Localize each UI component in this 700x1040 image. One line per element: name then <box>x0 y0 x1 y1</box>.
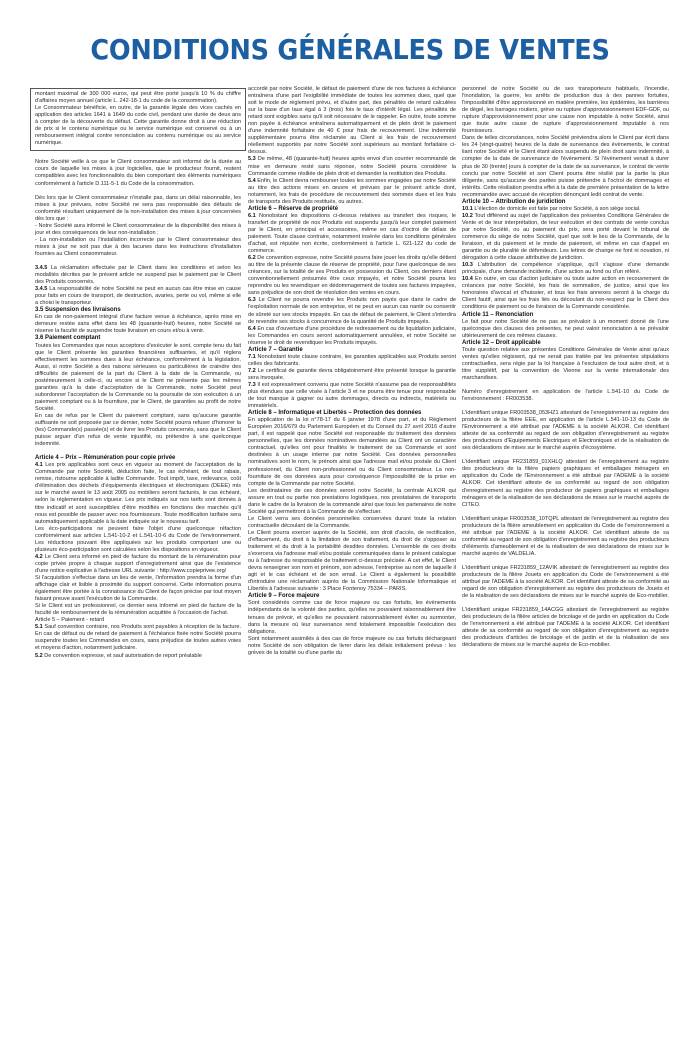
clause-7-2: 7.2 Le certificat de garantie devra obli… <box>248 368 456 382</box>
clause-10-2: 10.2 Tout différend au sujet de l'applic… <box>462 213 669 262</box>
identifier-furniture: L'identifiant unique FR003538_10TQPL att… <box>462 516 669 558</box>
clause-4-1: 4.1 Les prix applicables sont ceux en vi… <box>35 462 241 525</box>
clause-10-1: 10.1 L'élection de domicile est faite pa… <box>462 206 669 213</box>
section-heading: 3.5 Suspension des livraisons <box>35 307 241 314</box>
page-title: CONDITIONS GÉNÉRALES DE VENTES <box>25 34 676 66</box>
section-heading: 3.6 Paiement comptant <box>35 335 241 342</box>
article-heading: Article 8 – Informatique et Libertés – P… <box>248 410 456 417</box>
paragraph: Toute question relative aux présentes Co… <box>462 347 669 382</box>
article-heading: Article 10 – Attribution de juridiction <box>462 199 669 206</box>
article-heading-plain: Article 5 – Paiement - retard <box>35 617 241 624</box>
identifier-diy-garden: L'identifiant unique FR231859_14ACGG att… <box>462 607 669 649</box>
column-2: accordé par notre Société, le défaut de … <box>248 86 456 657</box>
paragraph: Si le Client est un professionnel, ce de… <box>35 603 241 617</box>
article-heading: Article 12 – Droit applicable <box>462 340 669 347</box>
clause-3-4-5a: 3.4.5 La réclamation effectuée par le Cl… <box>35 265 241 286</box>
identifier-papers: L'identifiant unique FR231859_01XHLQ att… <box>462 459 669 508</box>
paragraph: Si l'acquisition s'effectue dans un lieu… <box>35 575 241 603</box>
paragraph: Dans de telles circonstances, notre Soci… <box>462 135 669 198</box>
clause-10-3: 10.3 L'attribution de compétence s'appli… <box>462 262 669 276</box>
registration-number: Numéro d'enregistrement en application d… <box>462 389 669 403</box>
clause-5-1: 5.1 Sauf convention contraire, nos Produ… <box>35 624 241 652</box>
paragraph: Le Client verra ses données personnelles… <box>248 516 456 530</box>
paragraph: - Notre Société aura informé le Client c… <box>35 223 241 237</box>
paragraph: Le Consommateur bénéficie, en outre, de … <box>35 105 241 147</box>
paragraph: En application de la loi n°78-17 du 6 ja… <box>248 417 456 487</box>
identifier-toys: L'identifiant unique FR231859_12AVIK att… <box>462 565 669 600</box>
clause-5-3: 5.3 De même, 48 (quarante-huit) heures a… <box>248 156 456 177</box>
paragraph: En cas de non-paiement intégral d'une fa… <box>35 314 241 335</box>
paragraph: Le fait pour notre Société de ne pas se … <box>462 319 669 340</box>
paragraph: Sont considérés comme cas de force majeu… <box>248 600 456 635</box>
article-heading: Article 9 – Force majeure <box>248 593 456 600</box>
clause-5-2: 5.2 De convention expresse, et sauf auto… <box>35 653 241 660</box>
paragraph: Les éco-participations ne peuvent faire … <box>35 526 241 554</box>
paragraph: Dès lors que le Client consommateur n'in… <box>35 195 241 223</box>
clause-6-4: 6.4 En cas d'ouverture d'une procédure d… <box>248 326 456 347</box>
paragraph: - La non-installation ou l'installation … <box>35 237 241 258</box>
clause-6-2: 6.2 De convention expresse, notre Sociét… <box>248 255 456 297</box>
clause-7-3: 7.3 Il est expressément convenu que notr… <box>248 382 456 410</box>
paragraph: accordé par notre Société, le défaut de … <box>248 86 456 156</box>
identifier-eee: L'identifiant unique FR003538_053HZ1 att… <box>462 410 669 452</box>
column-3: personnel de notre Société ou de ses tra… <box>462 86 669 649</box>
article-heading: Article 4 – Prix – Rémunération pour cop… <box>35 455 241 462</box>
paragraph: Toutes les Commandes que nous acceptons … <box>35 343 241 413</box>
clause-3-4-5b: 3.4.5 La responsabilité de notre Société… <box>35 286 241 307</box>
clause-6-1: 6.1 Nonobstant les dispositions ci-dessu… <box>248 213 456 255</box>
clause-10-4: 10.4 En outre, en cas d'action judiciair… <box>462 276 669 311</box>
paragraph: personnel de notre Société ou de ses tra… <box>462 86 669 135</box>
article-heading: Article 11 – Renonciation <box>462 312 669 319</box>
article-heading: Article 6 – Réserve de propriété <box>248 206 456 213</box>
clause-7-1: 7.1 Nonobstant toute clause contraire, l… <box>248 354 456 368</box>
clause-5-4: 5.4 Enfin, le Client devra rembourser to… <box>248 178 456 206</box>
paragraph: montant maximal de 300 000 euros, qui pe… <box>35 91 241 105</box>
article-heading: Article 7 – Garantie <box>248 347 456 354</box>
clause-6-3: 6.3 Le Client ne pourra revendre les Pro… <box>248 297 456 325</box>
paragraph: En cas de refus par le Client du paiemen… <box>35 413 241 448</box>
paragraph: Notre Société veille à ce que le Client … <box>35 159 241 187</box>
column-1: montant maximal de 300 000 euros, qui pe… <box>35 92 241 660</box>
clause-4-2: 4.2 Le Client sera informé en pied de fa… <box>35 554 241 575</box>
paragraph: Le Client pourra exercer auprès de la So… <box>248 530 456 593</box>
paragraph: Les destinataires de ces données seront … <box>248 488 456 516</box>
consumer-guarantee-box: montant maximal de 300 000 euros, qui pe… <box>30 88 246 151</box>
paragraph: Sont notamment assimilés à des cas de fo… <box>248 636 456 657</box>
